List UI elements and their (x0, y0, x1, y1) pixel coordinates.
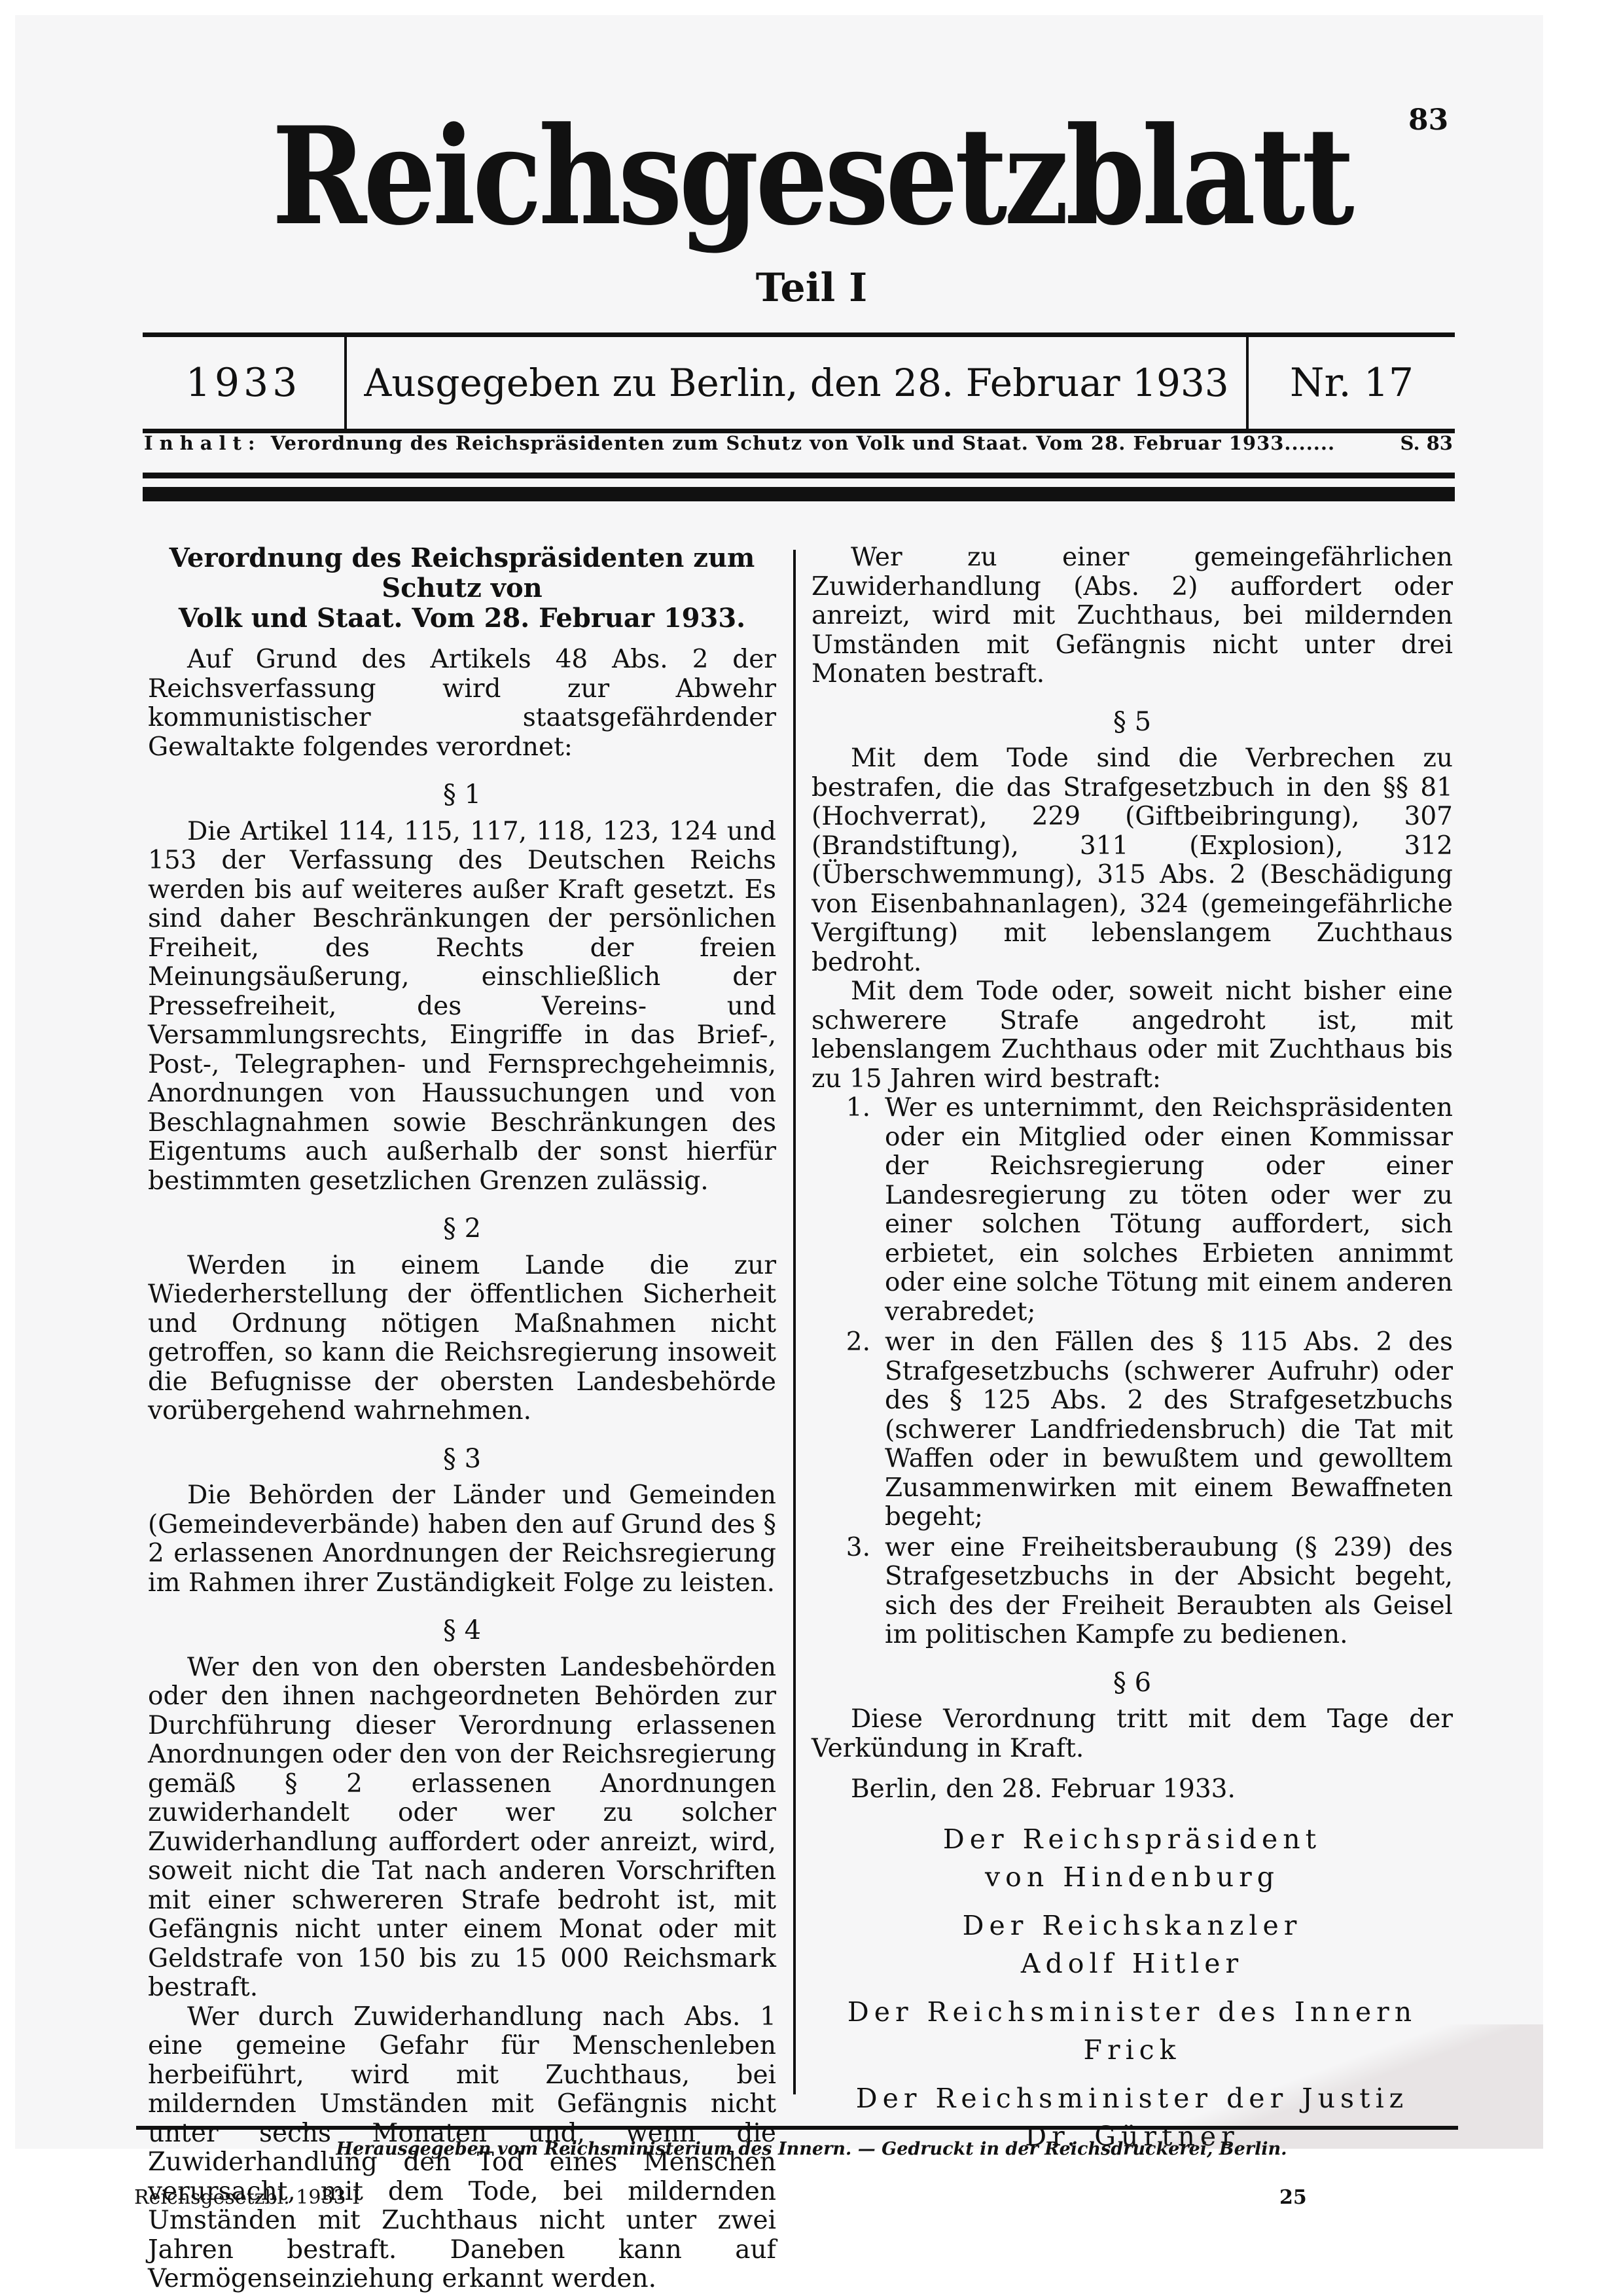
section-heading: § 6 (811, 1668, 1453, 1698)
list-text: wer in den Fällen des § 115 Abs. 2 des S… (885, 1328, 1453, 1532)
section-paragraph: Werden in einem Lande die zur Wiederhers… (148, 1251, 776, 1426)
place-date: Berlin, den 28. Februar 1933. (811, 1775, 1453, 1804)
footer-citation: Reichsgesetzbl. 1933 I (134, 2186, 360, 2209)
list-text: Wer es unternimmt, den Reichspräsidenten… (885, 1094, 1453, 1327)
list-item: 2. wer in den Fällen des § 115 Abs. 2 de… (811, 1328, 1453, 1532)
footer-sheet-number: 25 (1279, 2186, 1307, 2209)
list-number: 3. (811, 1534, 885, 1650)
signature-block: Der Reichspräsident von Hindenburg Der R… (811, 1820, 1453, 2155)
signatory-name: Frick (811, 2031, 1453, 2069)
section-paragraph: Wer zu einer gemeingefährlichen Zuwiderh… (811, 543, 1453, 689)
preamble: Auf Grund des Artikels 48 Abs. 2 der Rei… (148, 645, 776, 762)
decree-title: Verordnung des Reichspräsidenten zum Sch… (148, 543, 776, 634)
page-number: 83 (1408, 103, 1448, 137)
contents-label: Inhalt: (144, 432, 262, 454)
list-number: 1. (811, 1094, 885, 1327)
table-of-contents: Inhalt: Verordnung des Reichspräsidenten… (144, 432, 1453, 454)
masthead-title: Reichsgesetzblatt (122, 98, 1501, 255)
section-paragraph: Mit dem Tode oder, soweit nicht bisher e… (811, 977, 1453, 1094)
header-rule-thick (143, 487, 1455, 501)
column-divider (793, 550, 796, 2094)
contents-entry: Verordnung des Reichspräsidenten zum Sch… (271, 432, 1387, 454)
signatory-name: von Hindenburg (811, 1858, 1453, 1896)
signatory-title: Der Reichsminister der Justiz (811, 2079, 1453, 2117)
left-column: Verordnung des Reichspräsidenten zum Sch… (148, 543, 776, 2294)
list-text: wer eine Freiheitsberaubung (§ 239) des … (885, 1534, 1453, 1650)
signatory-title: Der Reichskanzler (811, 1907, 1453, 1945)
section-heading: § 3 (148, 1444, 776, 1474)
decree-title-line: Verordnung des Reichspräsidenten zum Sch… (148, 543, 776, 603)
section-paragraph: Die Behörden der Länder und Gemeinden (G… (148, 1481, 776, 1598)
footer-imprint: Herausgegeben vom Reichsministerium des … (0, 2139, 1623, 2159)
section-paragraph: Mit dem Tode sind die Verbrechen zu best… (811, 744, 1453, 977)
list-item: 1. Wer es unternimmt, den Reichspräsiden… (811, 1094, 1453, 1327)
signatory-title: Der Reichsminister des Innern (811, 1993, 1453, 2031)
issue-year: 1933 (143, 337, 347, 429)
signatory-name: Adolf Hitler (811, 1945, 1453, 1982)
section-heading: § 2 (148, 1214, 776, 1244)
contents-page: S. 83 (1400, 432, 1453, 454)
list-item: 3. wer eine Freiheitsberaubung (§ 239) d… (811, 1534, 1453, 1650)
right-column: Wer zu einer gemeingefährlichen Zuwiderh… (811, 543, 1453, 2155)
signatory-title: Der Reichspräsident (811, 1820, 1453, 1858)
section-paragraph: Die Artikel 114, 115, 117, 118, 123, 124… (148, 817, 776, 1196)
masthead-part: Teil I (0, 265, 1623, 311)
list-number: 2. (811, 1328, 885, 1532)
section-heading: § 4 (148, 1616, 776, 1645)
issue-published: Ausgegeben zu Berlin, den 28. Februar 19… (347, 337, 1249, 429)
header-rule-thin (143, 473, 1455, 478)
issue-box: 1933 Ausgegeben zu Berlin, den 28. Febru… (143, 332, 1455, 433)
section-heading: § 1 (148, 780, 776, 810)
section-heading: § 5 (811, 708, 1453, 737)
decree-title-line: Volk und Staat. Vom 28. Februar 1933. (148, 603, 776, 634)
section-paragraph: Wer den von den obersten Landesbehörden … (148, 1653, 776, 2003)
issue-number: Nr. 17 (1249, 337, 1455, 429)
section-paragraph: Diese Verordnung tritt mit dem Tage der … (811, 1705, 1453, 1763)
footer-rule (136, 2126, 1458, 2130)
